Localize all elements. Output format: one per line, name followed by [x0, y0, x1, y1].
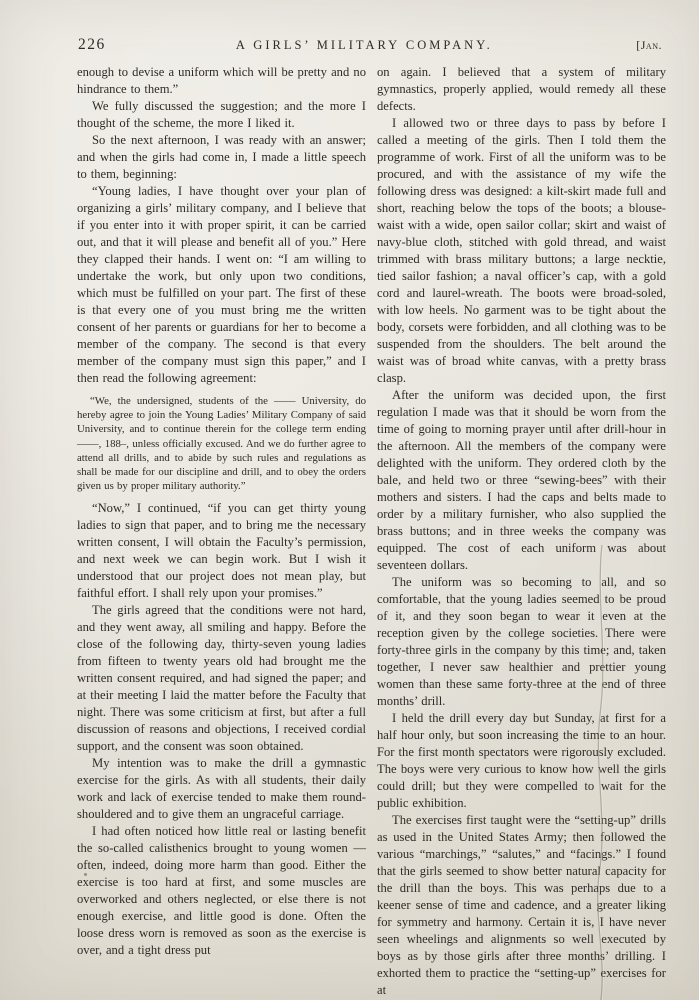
paragraph: I had often noticed how little real or l… — [77, 823, 366, 959]
paragraph: My intention was to make the drill a gym… — [77, 755, 366, 823]
right-column: on again. I believed that a system of mi… — [377, 64, 666, 999]
page-number: 226 — [78, 36, 106, 54]
paragraph: The exercises first taught were the “set… — [377, 812, 666, 999]
issue-date: [Jan. — [636, 38, 662, 53]
agreement-blockquote: “We, the undersigned, students of the ——… — [77, 394, 366, 493]
paragraph: The uniform was so becoming to all, and … — [377, 574, 666, 710]
left-column: enough to devise a uniform which will be… — [77, 64, 366, 959]
paragraph: on again. I believed that a system of mi… — [377, 64, 666, 115]
paragraph: The girls agreed that the conditions wer… — [77, 602, 366, 755]
paragraph: enough to devise a uniform which will be… — [77, 64, 366, 98]
page-header: 226 A GIRLS’ MILITARY COMPANY. [Jan. — [78, 36, 666, 56]
paragraph: So the next afternoon, I was ready with … — [77, 132, 366, 183]
scan-speck — [84, 873, 87, 876]
paragraph: We fully discussed the suggestion; and t… — [77, 98, 366, 132]
paragraph: After the uniform was decided upon, the … — [377, 387, 666, 574]
paragraph: I held the drill every day but Sunday, a… — [377, 710, 666, 812]
paragraph: I allowed two or three days to pass by b… — [377, 115, 666, 387]
scanned-page: 226 A GIRLS’ MILITARY COMPANY. [Jan. eno… — [0, 0, 699, 1000]
running-title: A GIRLS’ MILITARY COMPANY. — [236, 38, 493, 53]
paragraph: “Now,” I continued, “if you can get thir… — [77, 500, 366, 602]
paragraph: “Young ladies, I have thought over your … — [77, 183, 366, 387]
